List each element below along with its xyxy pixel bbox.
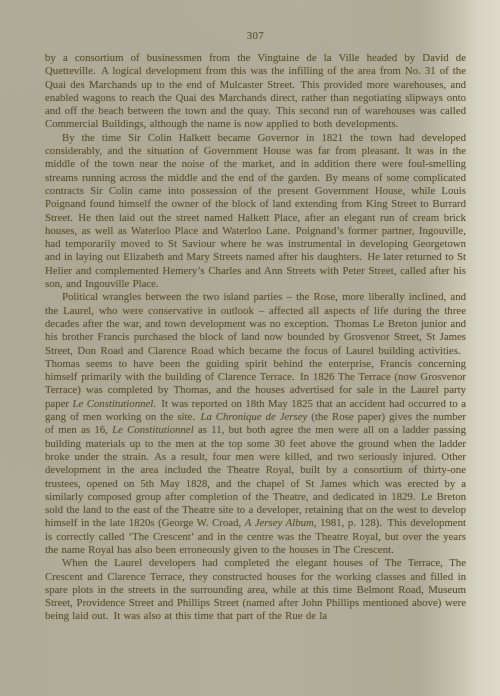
text-run: by a consortium of businessmen from the …	[45, 52, 466, 130]
italic-text-run: La Chronique de Jersey	[200, 411, 307, 423]
text-run: When the Laurel developers had completed…	[45, 557, 466, 622]
paragraph: By the time Sir Colin Halkett became Gov…	[45, 132, 466, 292]
page-number: 307	[45, 31, 466, 42]
italic-text-run: Le Constitutionnel	[72, 398, 153, 410]
text-block: by a consortium of businessmen from the …	[45, 52, 466, 624]
paragraph: When the Laurel developers had completed…	[45, 557, 466, 623]
italic-text-run: Le Constitutionnel	[112, 424, 194, 436]
book-page: 307 by a consortium of businessmen from …	[0, 0, 500, 696]
paragraph: by a consortium of businessmen from the …	[45, 52, 466, 132]
text-run: By the time Sir Colin Halkett became Gov…	[45, 132, 466, 290]
text-run: as 11, but both agree the men were all o…	[45, 424, 466, 529]
italic-text-run: A Jersey Album	[245, 517, 314, 529]
paragraph: Political wrangles between the two islan…	[45, 291, 466, 557]
text-run: Political wrangles between the two islan…	[45, 291, 466, 409]
